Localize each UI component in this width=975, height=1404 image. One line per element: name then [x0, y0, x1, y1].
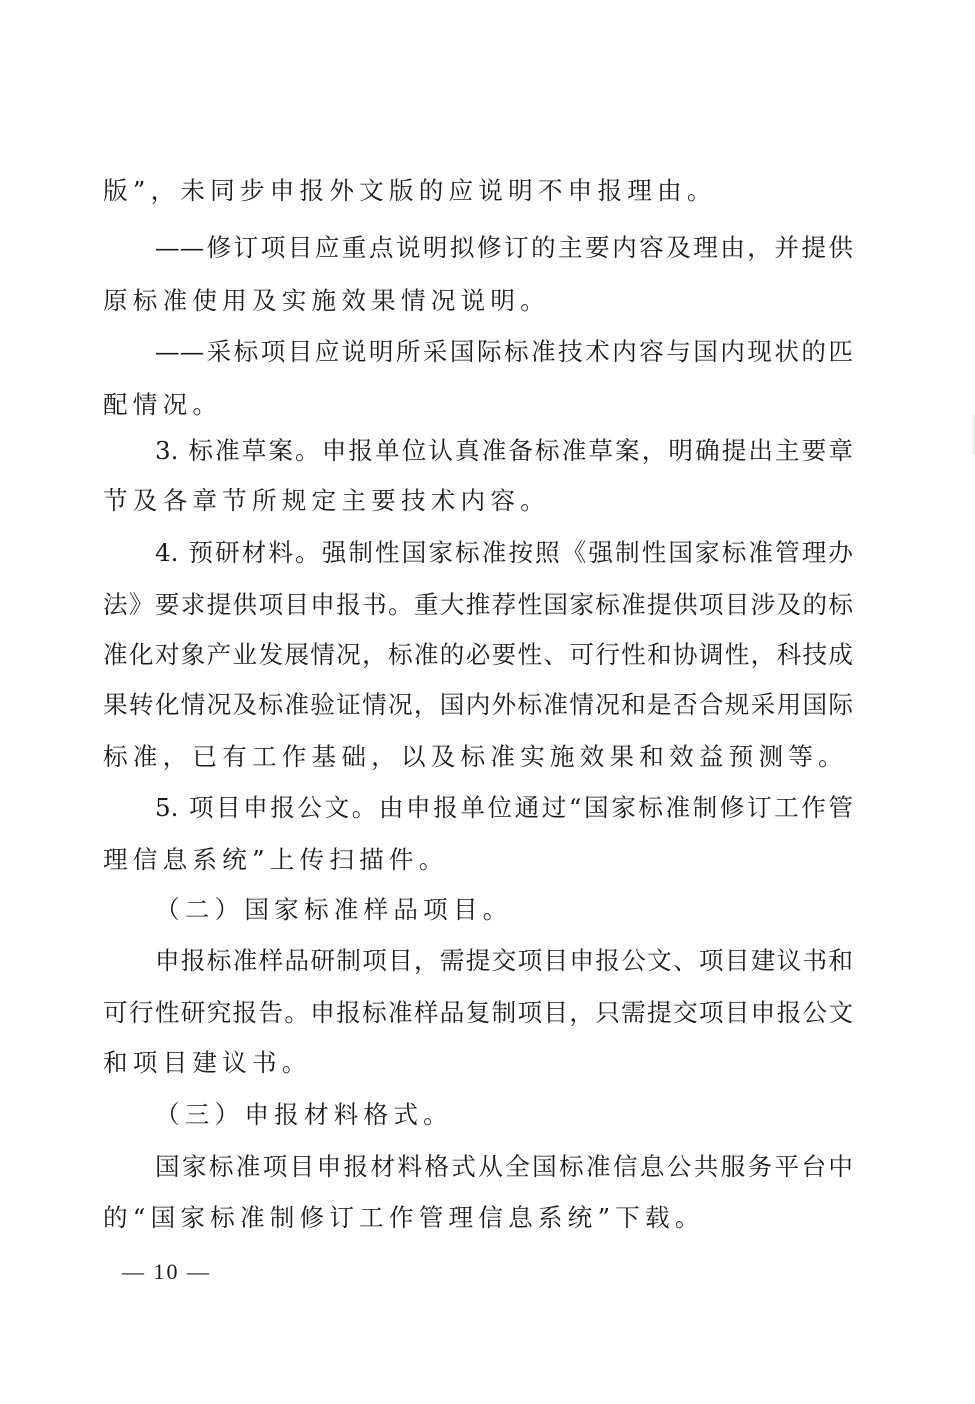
text-line: 准化对象产业发展情况，标准的必要性、可行性和协调性，科技成	[103, 640, 853, 670]
scan-edge-mark	[971, 415, 975, 455]
text-line: 申报标准样品研制项目，需提交项目申报公文、项目建议书和	[155, 946, 853, 976]
text-line: 国家标准项目申报材料格式从全国标准信息公共服务平台中	[155, 1152, 853, 1182]
text-line: 3. 标准草案。申报单位认真准备标准草案，明确提出主要章	[155, 436, 853, 466]
text-line: 标准，已有工作基础，以及标准实施效果和效益预测等。	[103, 742, 853, 772]
text-line: 法》要求提供项目申报书。重大推荐性国家标准提供项目涉及的标	[103, 590, 853, 620]
text-line: （二）国家标准样品项目。	[155, 895, 853, 925]
text-line: 可行性研究报告。申报标准样品复制项目，只需提交项目申报公文	[103, 998, 853, 1028]
text-line: 版”，未同步申报外文版的应说明不申报理由。	[103, 176, 853, 206]
text-line: 的“国家标准制修订工作管理信息系统”下载。	[103, 1203, 853, 1233]
text-line: 理信息系统”上传扫描件。	[103, 845, 853, 875]
text-line: 原标准使用及实施效果情况说明。	[103, 286, 853, 316]
text-line: 果转化情况及标准验证情况，国内外标准情况和是否合规采用国际	[103, 690, 853, 720]
text-line: 和项目建议书。	[103, 1048, 853, 1078]
text-line: ——采标项目应说明所采国际标准技术内容与国内现状的匹	[155, 337, 853, 367]
text-line: 配情况。	[103, 390, 853, 420]
text-line: 5. 项目申报公文。由申报单位通过“国家标准制修订工作管	[155, 793, 853, 823]
text-line: （三）申报材料格式。	[155, 1100, 853, 1130]
text-line: ——修订项目应重点说明拟修订的主要内容及理由，并提供	[155, 233, 853, 263]
text-line: 节及各章节所规定主要技术内容。	[103, 486, 853, 516]
document-page: 版”，未同步申报外文版的应说明不申报理由。——修订项目应重点说明拟修订的主要内容…	[0, 0, 975, 1404]
text-line: 4. 预研材料。强制性国家标准按照《强制性国家标准管理办	[155, 538, 853, 568]
page-number: — 10 —	[122, 1257, 211, 1287]
